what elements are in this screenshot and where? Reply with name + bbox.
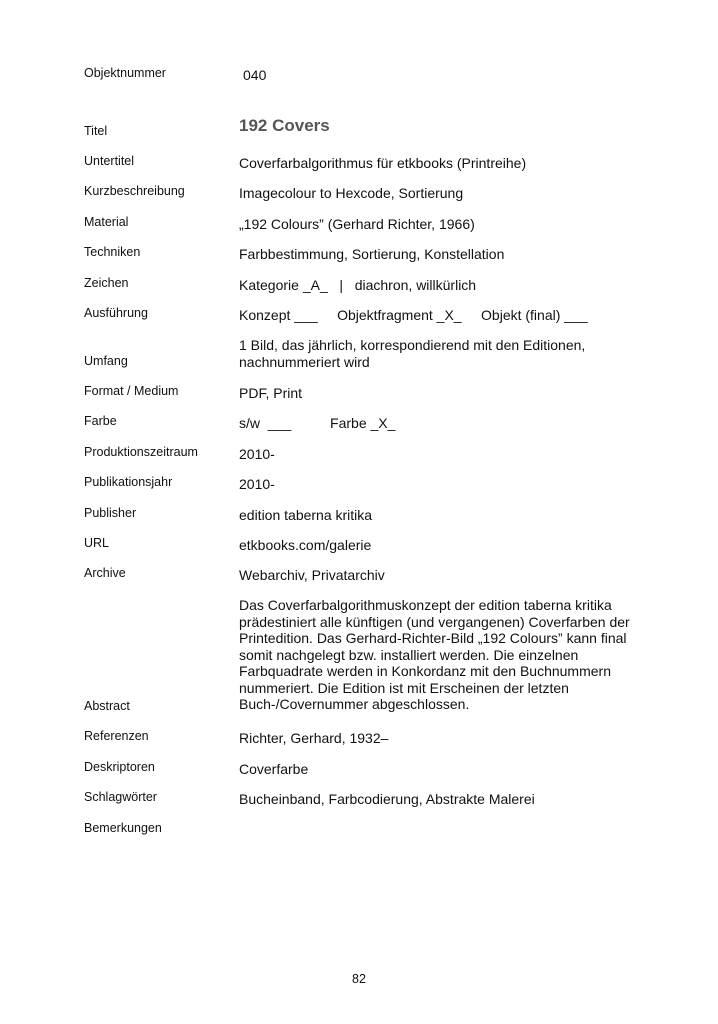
field-value: Farbbestimmung, Sortierung, Konstellatio… (239, 246, 659, 263)
field-label: Ausführung (84, 306, 148, 320)
field-label: Farbe (84, 414, 117, 428)
field-label: Deskriptoren (84, 760, 155, 774)
field-label: Format / Medium (84, 384, 178, 398)
field-value: PDF, Print (239, 385, 659, 402)
field-label: Kurzbeschreibung (84, 184, 185, 198)
field-label: Abstract (84, 699, 130, 713)
field-value: Kategorie _A_ | diachron, willkürlich (239, 277, 659, 294)
field-label: Umfang (84, 354, 128, 368)
field-label: Produktionszeitraum (84, 445, 198, 459)
field-label: Referenzen (84, 729, 149, 743)
field-label: Material (84, 215, 128, 229)
field-value: Richter, Gerhard, 1932– (239, 730, 659, 747)
field-value: 192 Covers (239, 118, 659, 135)
field-value: Coverfarbalgorithmus für etkbooks (Print… (239, 155, 659, 172)
field-value: Das Coverfarbalgorithmuskonzept der edit… (239, 597, 649, 713)
field-label: Archive (84, 566, 126, 580)
field-value: edition taberna kritika (239, 507, 659, 524)
document-page: Objektnummer 040 Titel 192 Covers Untert… (0, 0, 718, 1024)
field-label: Schlagwörter (84, 790, 157, 804)
field-label: Publisher (84, 506, 136, 520)
field-label: Zeichen (84, 276, 128, 290)
field-label: Titel (84, 124, 107, 138)
field-label: URL (84, 536, 109, 550)
field-value: s/w ___ Farbe _X_ (239, 415, 659, 432)
field-value: 1 Bild, das jährlich, korrespondierend m… (239, 337, 659, 370)
field-value: Konzept ___ Objektfragment _X_ Objekt (f… (239, 307, 679, 324)
field-label: Objektnummer (84, 66, 166, 80)
field-value: 040 (243, 67, 663, 84)
field-value: Bucheinband, Farbcodierung, Abstrakte Ma… (239, 791, 659, 808)
field-value: 2010- (239, 446, 659, 463)
field-value: 2010- (239, 476, 659, 493)
field-value: etkbooks.com/galerie (239, 537, 659, 554)
field-value: Imagecolour to Hexcode, Sortierung (239, 185, 659, 202)
field-label: Publikationsjahr (84, 475, 172, 489)
field-value: „192 Colours” (Gerhard Richter, 1966) (239, 216, 659, 233)
field-value: Webarchiv, Privatarchiv (239, 567, 659, 584)
field-value: Coverfarbe (239, 761, 659, 778)
page-number: 82 (0, 972, 718, 986)
field-label: Untertitel (84, 154, 134, 168)
field-label: Techniken (84, 245, 140, 259)
field-label: Bemerkungen (84, 821, 162, 835)
